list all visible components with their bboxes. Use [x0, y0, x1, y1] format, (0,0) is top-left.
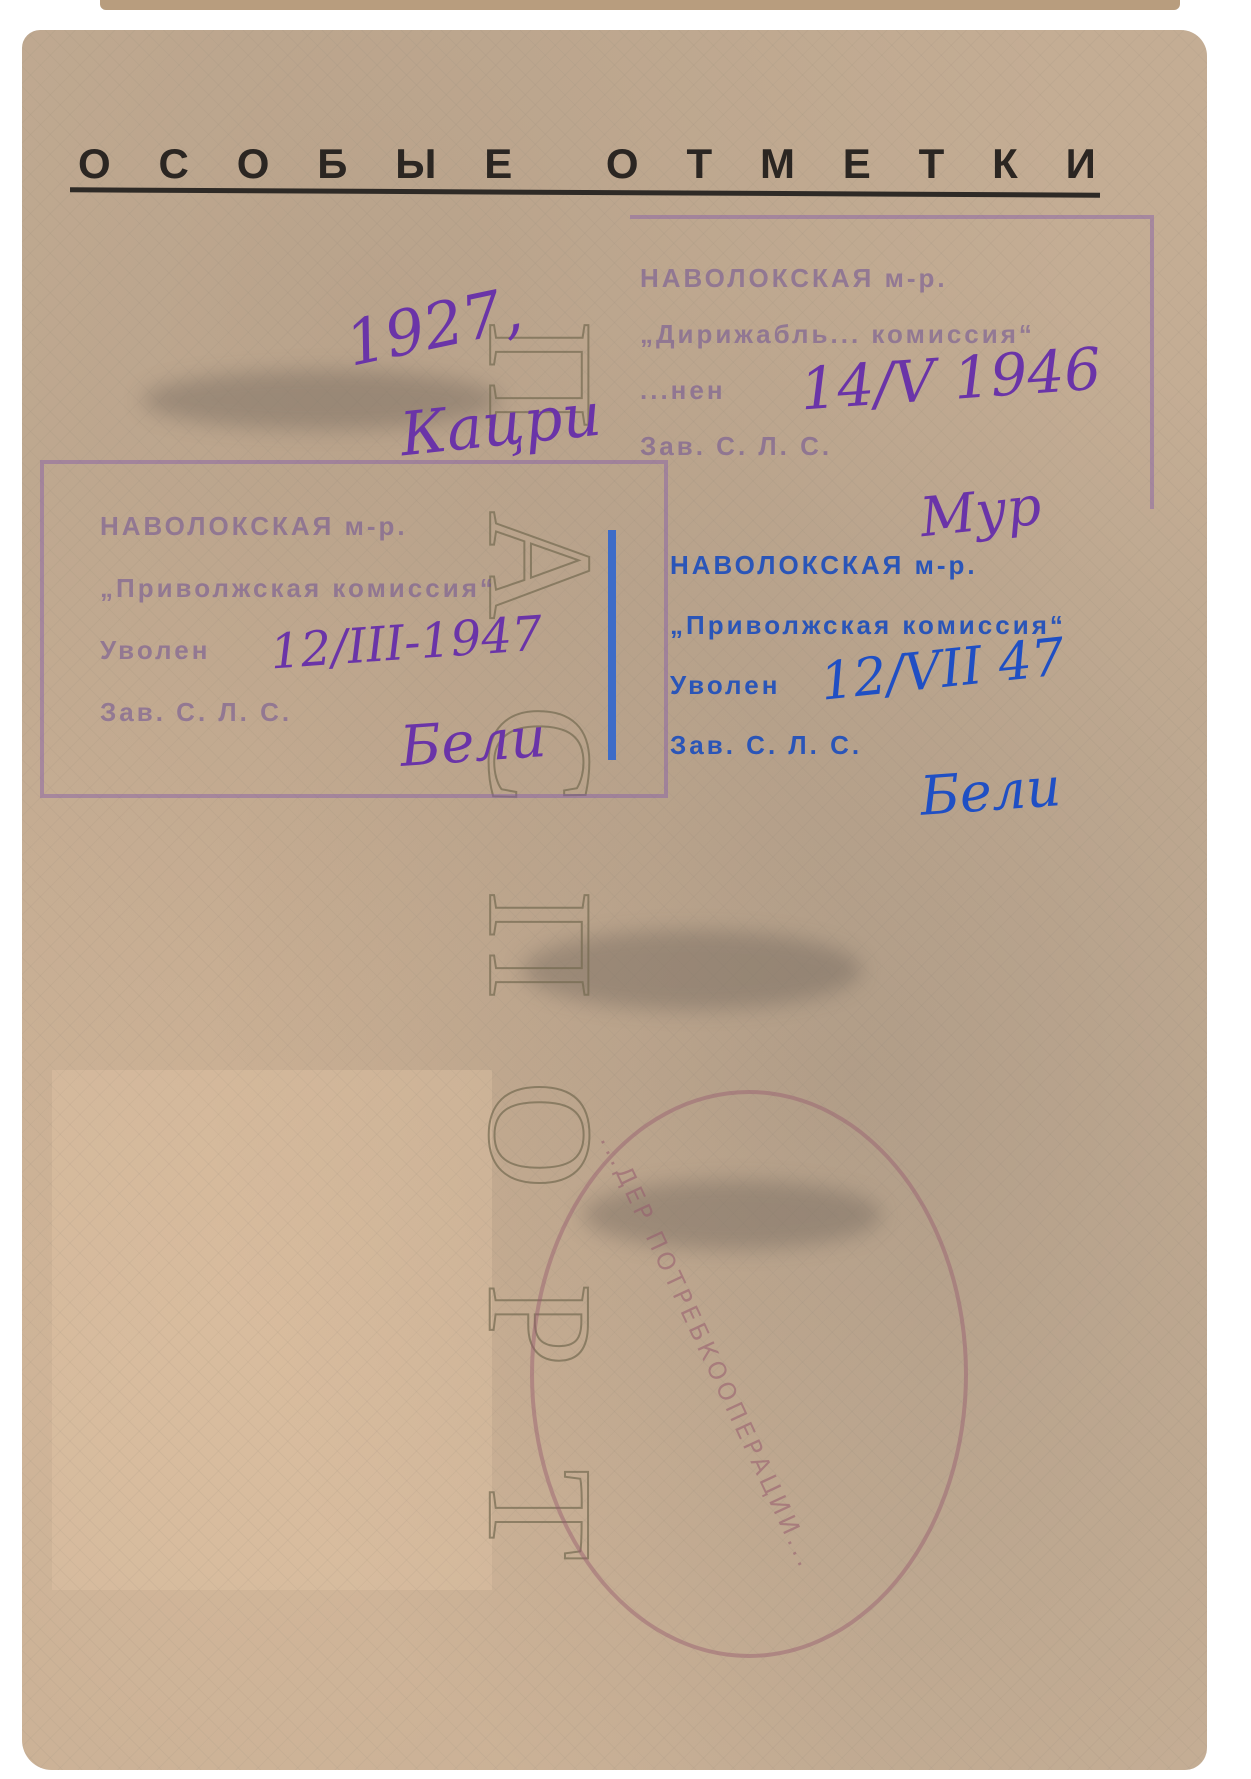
heading-letter: Т [919, 140, 947, 188]
adjacent-page-edge [100, 0, 1180, 10]
stamp-line: НАВОЛОКСКАЯ м-р. [100, 495, 496, 557]
stamp-line: Зав. С. Л. С. [640, 418, 1035, 474]
stamp-line: „Приволжская комиссия“ [100, 557, 496, 619]
round-seal [530, 1090, 968, 1658]
handwritten-signature: Мур [917, 474, 1044, 549]
heading-letter: О [237, 140, 272, 188]
heading-letter: Е [484, 140, 514, 188]
heading-letter: Б [317, 140, 349, 188]
heading-letter: О [606, 140, 641, 188]
heading-letter: Е [843, 140, 873, 188]
watermark-letter: О [465, 1081, 615, 1189]
photo-removed-area [52, 1070, 492, 1590]
handwritten-signature: Бели [398, 705, 548, 780]
heading-letter: К [992, 140, 1020, 188]
heading-letter: Ы [395, 140, 438, 188]
watermark-letter: П [465, 891, 615, 999]
stamp-border [608, 530, 616, 760]
heading-letter: И [1066, 140, 1098, 188]
heading-letter: Т [686, 140, 714, 188]
heading-letter: О [78, 140, 113, 188]
section-heading: О С О Б Ы Е О Т М Е Т К И [78, 140, 1098, 188]
heading-letter: С [159, 140, 191, 188]
stamp-line: НАВОЛОКСКАЯ м-р. [670, 535, 1066, 595]
handwritten-signature: Бели [918, 755, 1063, 828]
heading-letter: М [760, 140, 797, 188]
stamp-line: НАВОЛОКСКАЯ м-р. [640, 250, 1035, 306]
